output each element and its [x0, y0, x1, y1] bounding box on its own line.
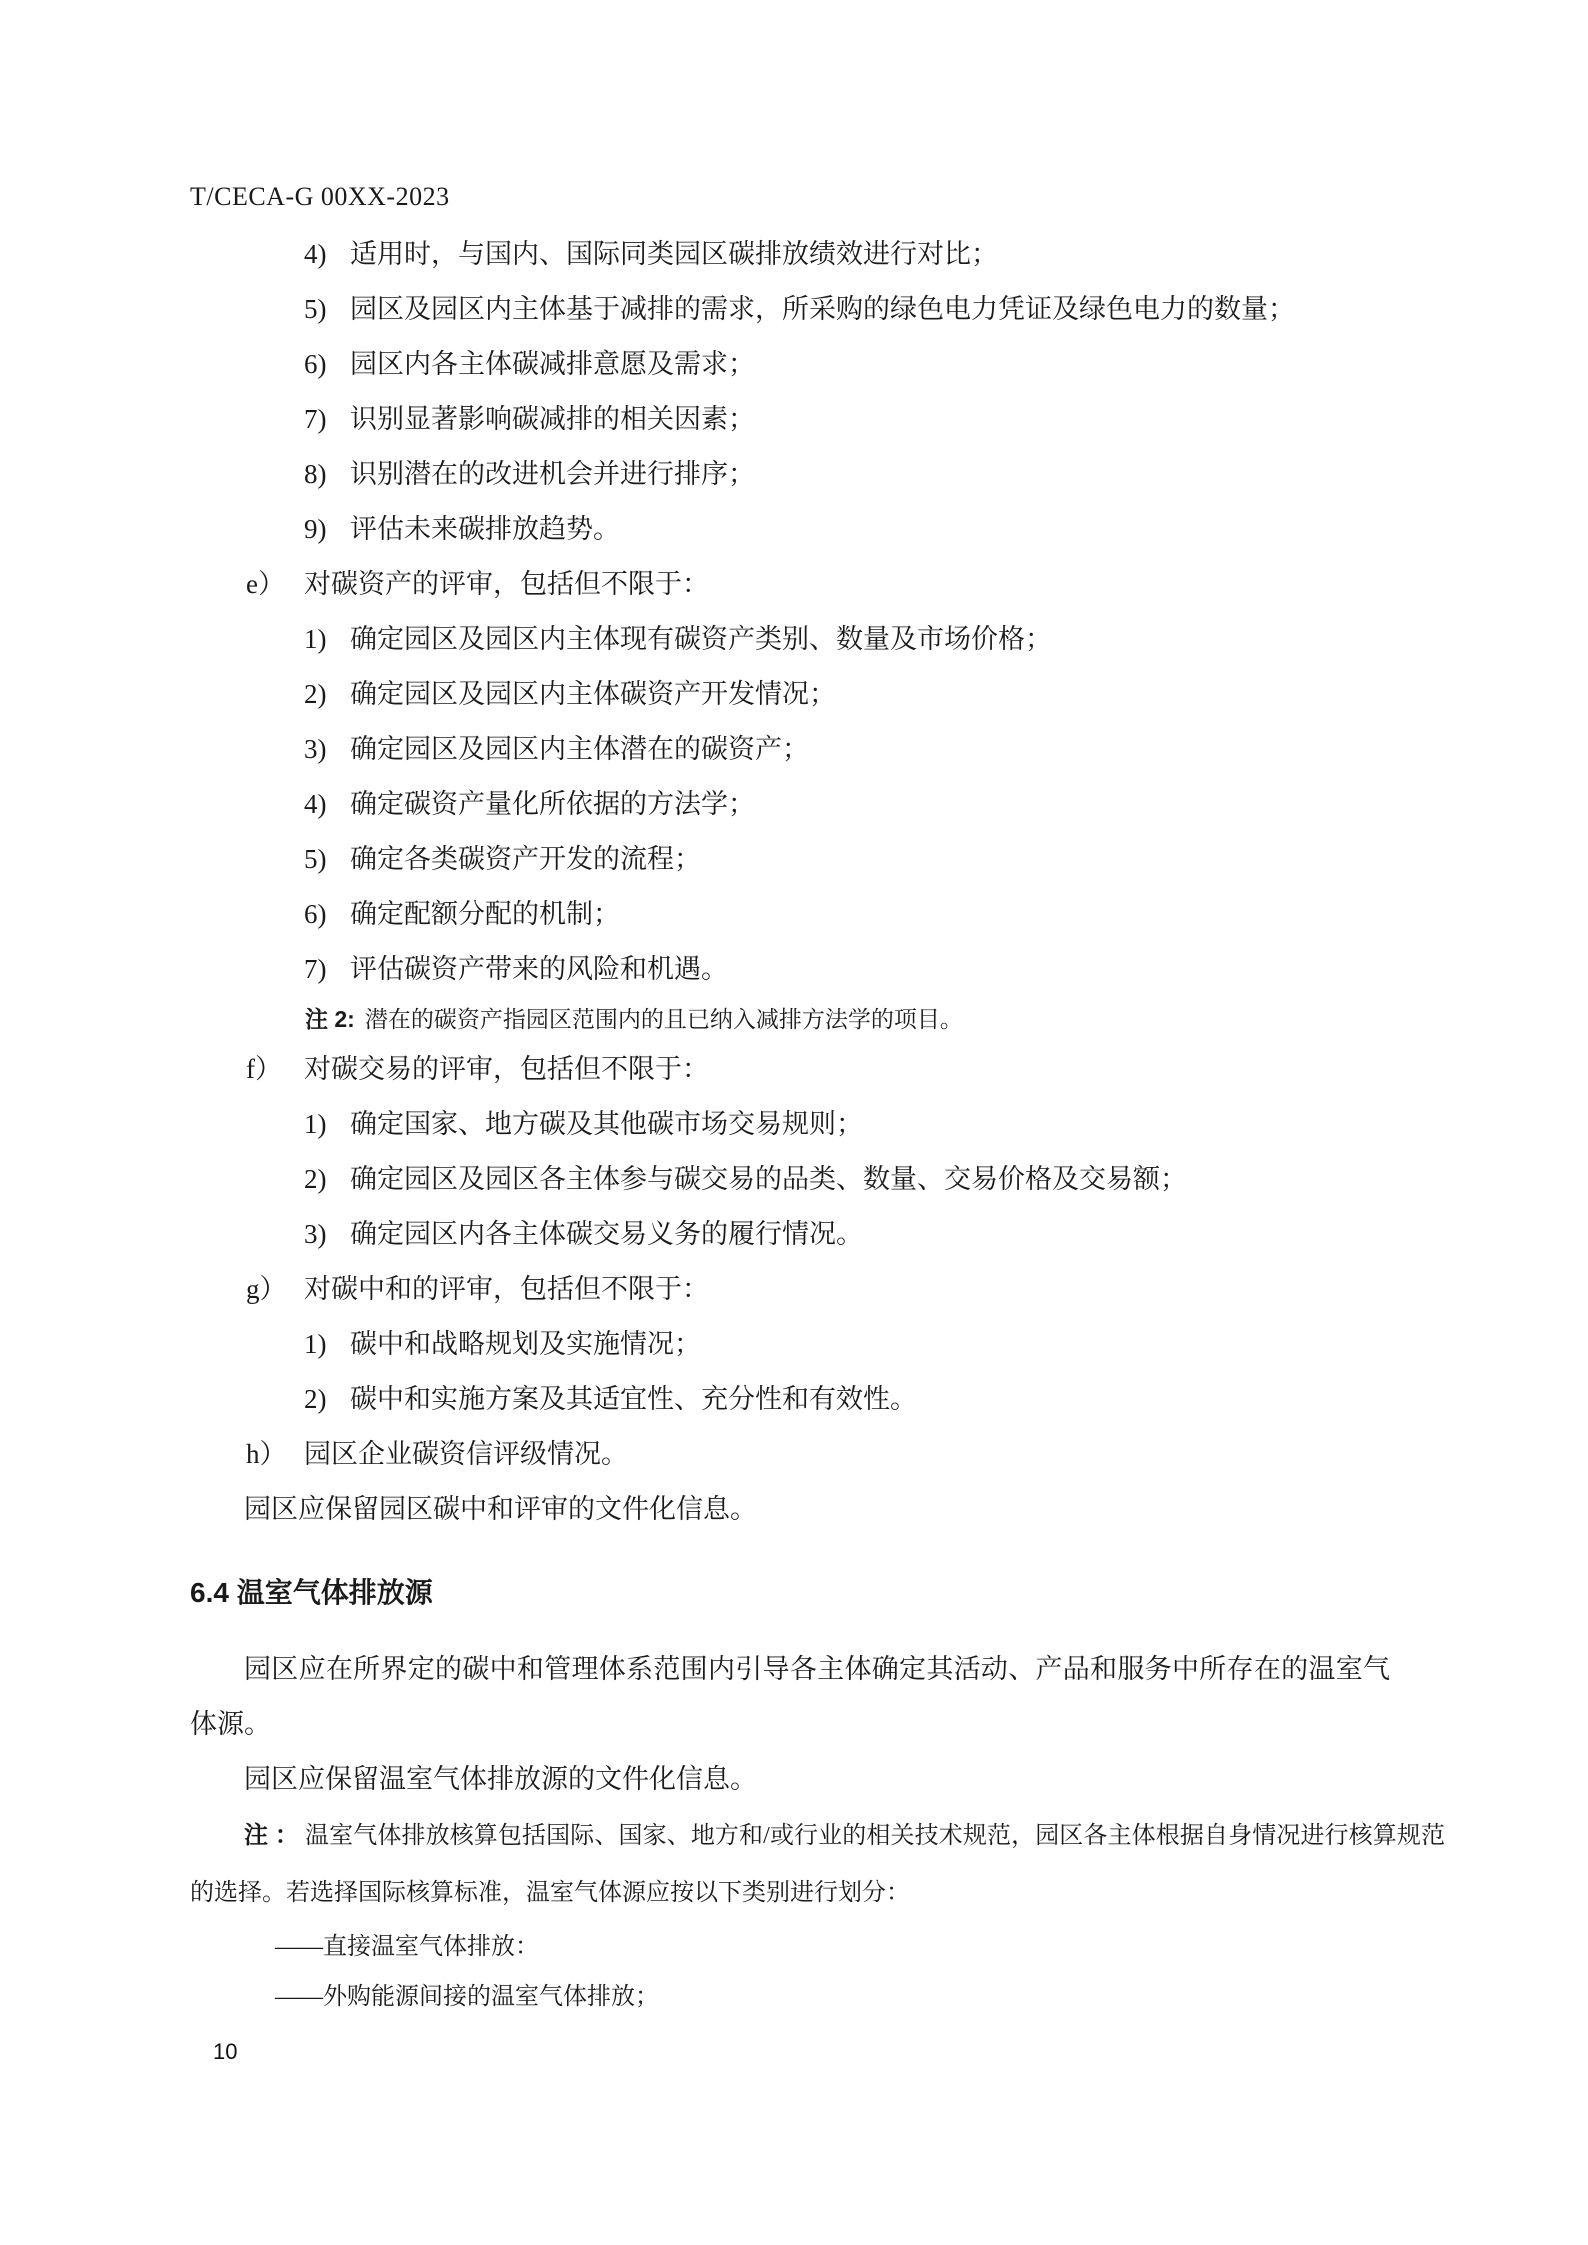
list-item-text: 确定配额分配的机制； — [350, 899, 620, 929]
list-item-label: 4) — [304, 227, 327, 282]
note-label: 注 ： — [244, 1822, 299, 1849]
list-item-text: 识别显著影响碳减排的相关因素； — [350, 404, 755, 434]
list-item-text: 确定园区内各主体碳交易义务的履行情况。 — [350, 1219, 863, 1249]
note: 注 2:潜在的碳资产指园区范围内的且已纳入减排方法学的项目。 — [190, 997, 1455, 1042]
list-item: 5)园区及园区内主体基于减排的需求，所采购的绿色电力凭证及绿色电力的数量； — [190, 282, 1455, 337]
list-item: e）对碳资产的评审，包括但不限于： — [190, 557, 1455, 612]
note-text: 温室气体排放核算包括国际、国家、地方和/或行业的相关技术规范，园区各主体根据自身… — [190, 1823, 1445, 1906]
paragraph: 园区应在所界定的碳中和管理体系范围内引导各主体确定其活动、产品和服务中所存在的温… — [190, 1642, 1390, 1752]
list-item-label: e） — [246, 557, 285, 612]
list-item: 2)确定园区及园区内主体碳资产开发情况； — [190, 667, 1455, 722]
list-item-text: 确定园区及园区内主体潜在的碳资产； — [350, 734, 809, 764]
list-item: 3)确定园区及园区内主体潜在的碳资产； — [190, 722, 1455, 777]
list-item-text: 评估未来碳排放趋势。 — [350, 514, 620, 544]
list-item-label: 9) — [304, 502, 327, 557]
list-item-text: 对碳交易的评审，包括但不限于： — [304, 1054, 709, 1084]
list-item: 7)评估碳资产带来的风险和机遇。 — [190, 942, 1455, 997]
list-item-text: 确定园区及园区内主体碳资产开发情况； — [350, 679, 836, 709]
list-item-label: 1) — [304, 1317, 327, 1372]
note: 注 ：温室气体排放核算包括国际、国家、地方和/或行业的相关技术规范，园区各主体根… — [190, 1807, 1445, 1922]
list-item-text: 碳中和实施方案及其适宜性、充分性和有效性。 — [350, 1384, 917, 1414]
header-standard-code: T/CECA-G 00XX-2023 — [190, 180, 1455, 214]
list-item-text: 确定园区及园区内主体现有碳资产类别、数量及市场价格； — [350, 624, 1052, 654]
list-item: 6)园区内各主体碳减排意愿及需求； — [190, 337, 1455, 392]
list-item-label: 5) — [304, 282, 327, 337]
list-item-text: 园区内各主体碳减排意愿及需求； — [350, 349, 755, 379]
section-heading: 6.4 温室气体排放源 — [190, 1565, 1455, 1620]
list-item-label: 3) — [304, 1207, 327, 1262]
document-page: T/CECA-G 00XX-2023 4)适用时，与国内、国际同类园区碳排放绩效… — [0, 0, 1588, 2245]
list-item: g）对碳中和的评审，包括但不限于： — [190, 1262, 1455, 1317]
list-item: 8)识别潜在的改进机会并进行排序； — [190, 447, 1455, 502]
list-item: 1)碳中和战略规划及实施情况； — [190, 1317, 1455, 1372]
list-item-label: 6) — [304, 337, 327, 392]
list-item-text: 确定国家、地方碳及其他碳市场交易规则； — [350, 1109, 863, 1139]
list-item-text: 园区企业碳资信评级情况。 — [304, 1439, 628, 1469]
list-item: 5)确定各类碳资产开发的流程； — [190, 832, 1455, 887]
list-item: 6)确定配额分配的机制； — [190, 887, 1455, 942]
list-item-label: 2) — [304, 1372, 327, 1427]
list-item-text: 对碳资产的评审，包括但不限于： — [304, 569, 709, 599]
document-body: T/CECA-G 00XX-2023 4)适用时，与国内、国际同类园区碳排放绩效… — [190, 180, 1455, 2022]
list-item-label: h） — [246, 1427, 287, 1482]
list-item: 2)确定园区及园区各主体参与碳交易的品类、数量、交易价格及交易额； — [190, 1152, 1455, 1207]
list-item-text: 评估碳资产带来的风险和机遇。 — [350, 954, 728, 984]
list-item-label: f） — [246, 1042, 282, 1097]
list-item-label: 2) — [304, 1152, 327, 1207]
list-item-label: 5) — [304, 832, 327, 887]
list-item-text: 确定各类碳资产开发的流程； — [350, 844, 701, 874]
paragraph: 园区应保留温室气体排放源的文件化信息。 — [190, 1752, 1455, 1807]
list-item-text: 对碳中和的评审，包括但不限于： — [304, 1274, 709, 1304]
list-item: 3)确定园区内各主体碳交易义务的履行情况。 — [190, 1207, 1455, 1262]
list-item-text: 适用时，与国内、国际同类园区碳排放绩效进行对比； — [350, 239, 998, 269]
list-item: 9)评估未来碳排放趋势。 — [190, 502, 1455, 557]
list-item: 1)确定园区及园区内主体现有碳资产类别、数量及市场价格； — [190, 612, 1455, 667]
list-item-label: 8) — [304, 447, 327, 502]
page-number: 10 — [213, 2038, 237, 2066]
list-item-text: 识别潜在的改进机会并进行排序； — [350, 459, 755, 489]
list-item-label: 6) — [304, 887, 327, 942]
list-item: f）对碳交易的评审，包括但不限于： — [190, 1042, 1455, 1097]
list-item: h）园区企业碳资信评级情况。 — [190, 1427, 1455, 1482]
note-label: 注 2: — [305, 1006, 355, 1032]
list-item-label: 1) — [304, 1097, 327, 1152]
list-item-label: g） — [246, 1262, 287, 1317]
list-item-label: 2) — [304, 667, 327, 722]
list-item-text: 碳中和战略规划及实施情况； — [350, 1329, 701, 1359]
list-item: 1)确定国家、地方碳及其他碳市场交易规则； — [190, 1097, 1455, 1152]
list-item-label: 3) — [304, 722, 327, 777]
list-item: 7)识别显著影响碳减排的相关因素； — [190, 392, 1455, 447]
list-item-text: 确定园区及园区各主体参与碳交易的品类、数量、交易价格及交易额； — [350, 1164, 1187, 1194]
list-item: 4)适用时，与国内、国际同类园区碳排放绩效进行对比； — [190, 227, 1455, 282]
list-item-text: 确定碳资产量化所依据的方法学； — [350, 789, 755, 819]
note-text: 潜在的碳资产指园区范围内的且已纳入减排方法学的项目。 — [365, 1007, 963, 1032]
dash-item: ——外购能源间接的温室气体排放； — [275, 1972, 1455, 2022]
list-item-text: 园区及园区内主体基于减排的需求，所采购的绿色电力凭证及绿色电力的数量； — [350, 294, 1295, 324]
paragraph: 园区应保留园区碳中和评审的文件化信息。 — [190, 1482, 1455, 1537]
list-item-label: 7) — [304, 392, 327, 447]
list-item-label: 4) — [304, 777, 327, 832]
dash-item: ——直接温室气体排放： — [275, 1922, 1455, 1972]
list-item-label: 7) — [304, 942, 327, 997]
list-item: 2)碳中和实施方案及其适宜性、充分性和有效性。 — [190, 1372, 1455, 1427]
list-item-label: 1) — [304, 612, 327, 667]
list-item: 4)确定碳资产量化所依据的方法学； — [190, 777, 1455, 832]
